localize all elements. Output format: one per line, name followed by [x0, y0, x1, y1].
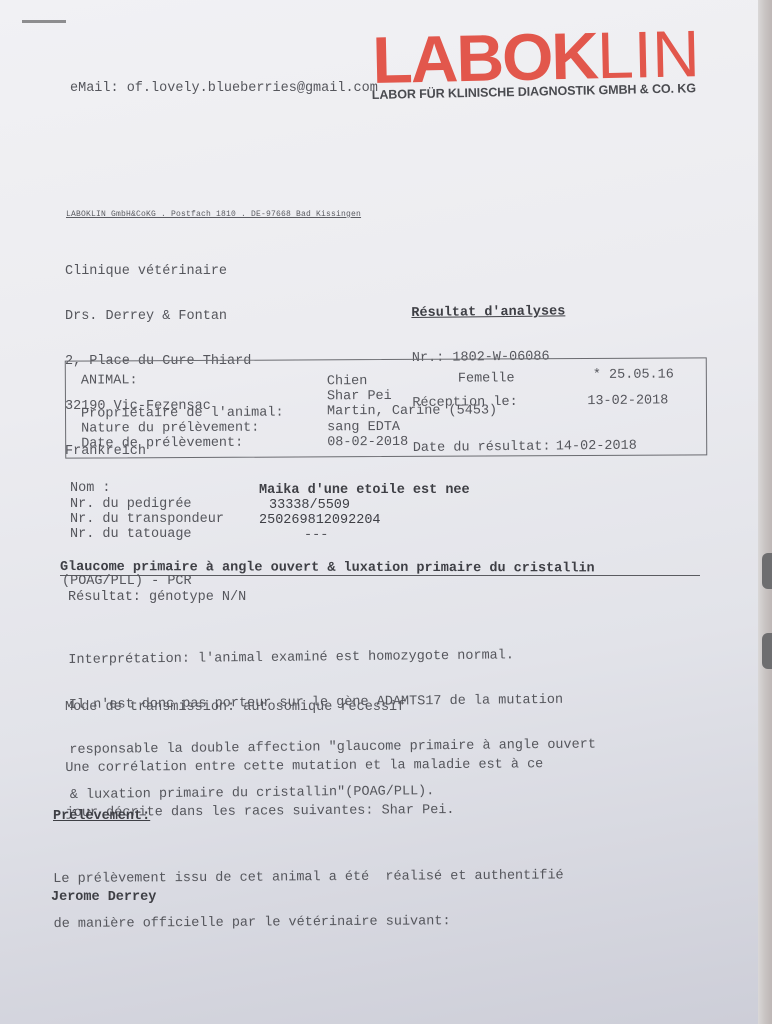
- transponder-value: 250269812092204: [259, 513, 381, 528]
- correlation-line: Une corrélation entre cette mutation et …: [65, 757, 543, 776]
- pedigree-label: Nr. du pedigrée: [70, 497, 192, 512]
- sampling-line: de manière officielle par le vétérinaire…: [54, 913, 564, 932]
- document-page: LABOKLIN LABOR FÜR KLINISCHE DIAGNOSTIK …: [0, 0, 758, 1024]
- interpretation-line: Interprétation: l'animal examiné est hom…: [68, 647, 595, 668]
- result-title: Résultat d'analyses: [411, 303, 667, 321]
- sample-type-value: sang EDTA: [327, 420, 400, 435]
- animal-info-box: ANIMAL: Chien Femelle * 25.05.16 Shar Pe…: [65, 357, 708, 458]
- tattoo-value: ---: [304, 528, 328, 543]
- email-line: eMail: of.lovely.blueberries@gmail.com: [70, 81, 378, 96]
- tattoo-label: Nr. du tatouage: [70, 527, 192, 542]
- laboklin-logo: LABOKLIN: [372, 23, 701, 90]
- sample-date-value: 08-02-2018: [327, 435, 408, 450]
- animal-name: Maika d'une etoile est nee: [259, 483, 470, 498]
- vet-name: Jerome Derrey: [51, 890, 156, 905]
- transmission-mode: Mode de transmission: autosomique récess…: [65, 700, 405, 715]
- recipient-line: Drs. Derrey & Fontan: [65, 309, 251, 324]
- animal-species: Chien: [327, 374, 368, 389]
- pedigree-value: 33338/5509: [269, 498, 350, 513]
- animal-breed: Shar Pei: [327, 389, 392, 404]
- sampling-title: Prélèvement:: [53, 809, 150, 824]
- sample-date-label: Date de prélèvement:: [81, 436, 243, 452]
- binder-edge: [758, 0, 772, 1024]
- recipient-line: Clinique vétérinaire: [65, 264, 251, 279]
- test-result: Résultat: génotype N/N: [68, 590, 246, 605]
- name-label: Nom :: [70, 481, 111, 496]
- binder-ring: [762, 553, 772, 589]
- binder-ring: [762, 633, 772, 669]
- correlation-block: Une corrélation entre cette mutation et …: [65, 727, 544, 851]
- owner-label: Propriétaire de l'animal:: [81, 406, 284, 422]
- transponder-label: Nr. du transpondeur: [70, 512, 224, 527]
- animal-birth-date: * 25.05.16: [593, 367, 674, 382]
- animal-label: ANIMAL:: [81, 373, 138, 388]
- sample-type-label: Nature du prélèvement:: [81, 421, 259, 437]
- staple-mark: [22, 20, 66, 23]
- animal-sex: Femelle: [458, 371, 515, 386]
- sender-address: LABOKLIN GmbH&CoKG . Postfach 1810 . DE-…: [66, 207, 361, 222]
- sampling-line: Le prélèvement issu de cet animal a été …: [53, 868, 563, 887]
- test-method: (POAG/PLL) - PCR: [62, 574, 192, 589]
- owner-value: Martin, Carine (5453): [327, 403, 497, 419]
